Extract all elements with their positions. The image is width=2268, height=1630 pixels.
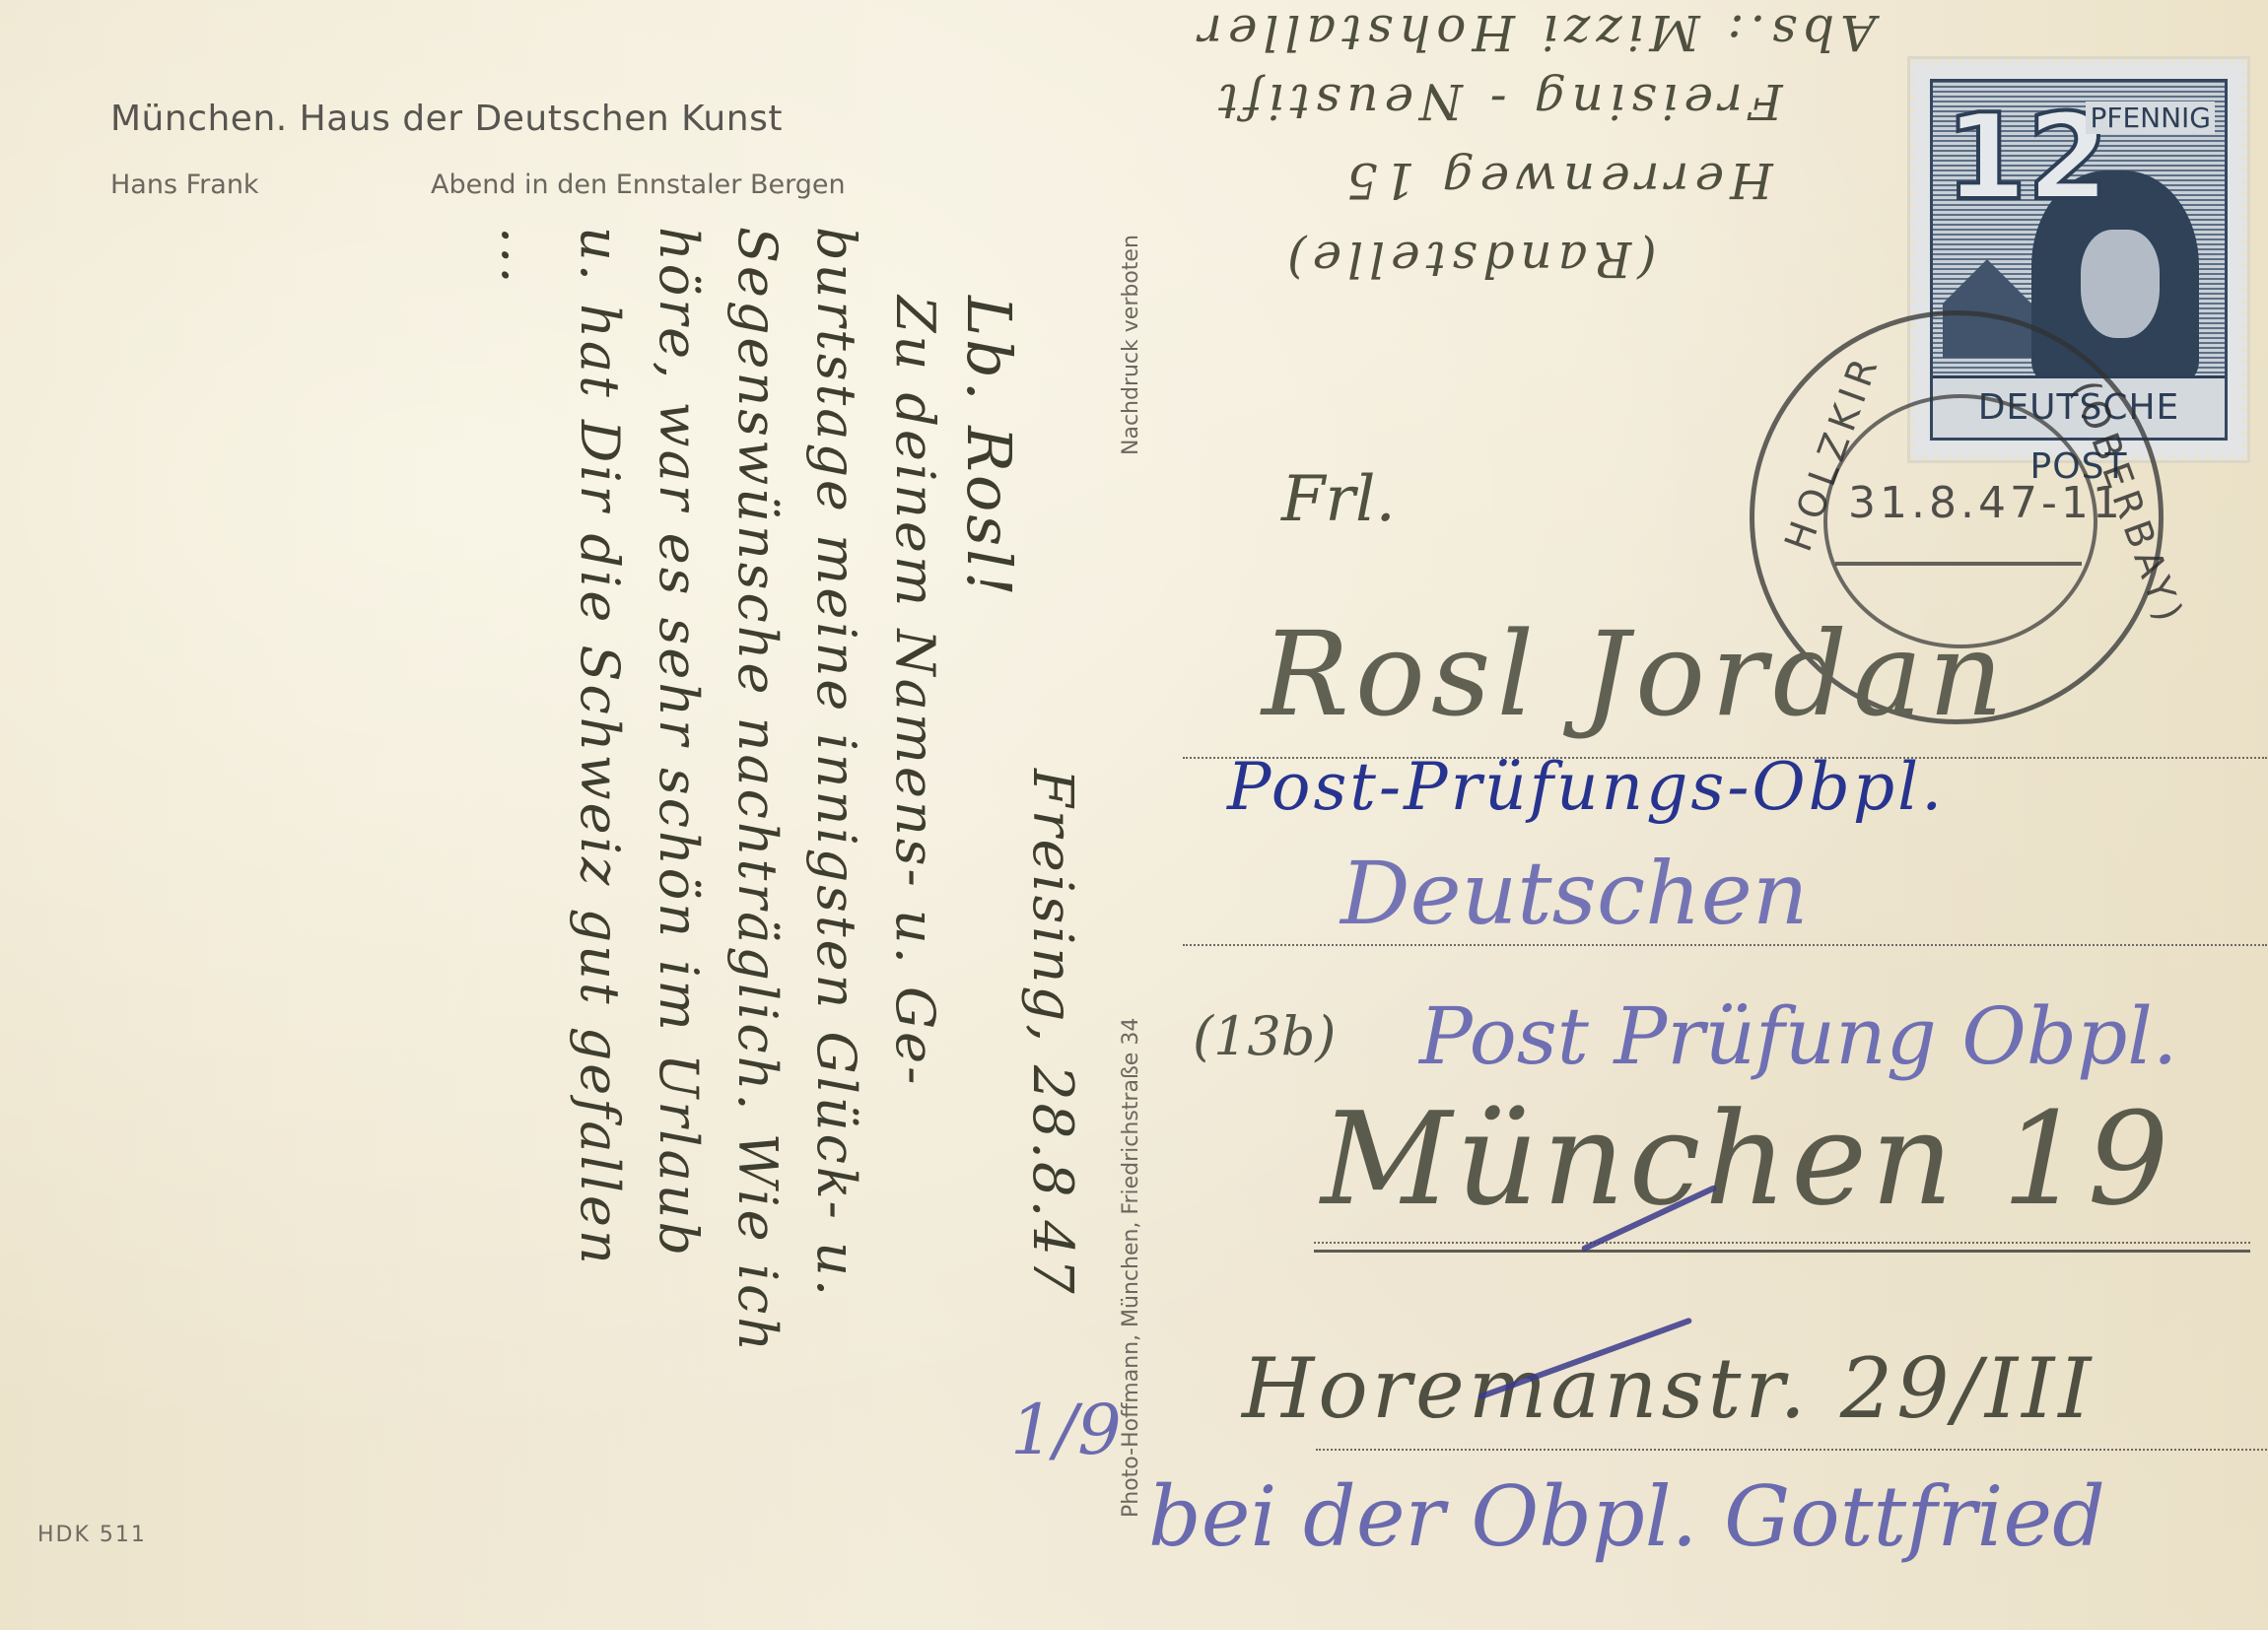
sender-line: Freising - Neustift: [1212, 73, 1783, 130]
postmark-date: 31.8.47-11: [1848, 478, 2124, 528]
censor-note-ink: Post-Prüfungs-Obpl.: [1227, 749, 1945, 825]
sender-line: (Randstelle): [1281, 231, 1657, 288]
recipient-street: Horemanstr. 29/III: [1242, 1340, 2095, 1437]
message-line: Segenswünsche nachträglich. Wie ich: [726, 227, 789, 1354]
postcard-back: München. Haus der Deutschen Kunst Hans F…: [0, 0, 2268, 1630]
place-date: Freising, 28.8.47: [1020, 769, 1084, 1297]
censor-note-pencil-2: Post Prüfung Obpl.: [1419, 990, 2177, 1082]
recipient-title: Frl.: [1281, 463, 1396, 536]
censor-note-pencil: Deutschen: [1340, 843, 1809, 944]
district-code: (13b): [1193, 1005, 1336, 1067]
forwarding-note: bei der Obpl. Gottfried: [1148, 1468, 2105, 1565]
message-line: burtstage meine innigsten Glück- u.: [805, 227, 867, 1299]
message-line: u. hat Dir die Schweiz gut gefallen: [569, 227, 631, 1267]
message-line: ...: [490, 227, 552, 287]
recipient-name: Rosl Jordan: [1262, 606, 2009, 742]
salutation: Lb. Rosl!: [953, 296, 1025, 599]
face-icon: [2081, 230, 2160, 338]
sender-line: Herrenweg 15: [1340, 152, 1773, 209]
sender-line: Abs.: Mizzi Hohstaller: [1193, 4, 1876, 61]
message-line: höre, war es sehr schön im Urlaub: [648, 227, 710, 1258]
stamp-denomination: PFENNIG: [2086, 102, 2215, 134]
publisher-imprint: Photo-Hoffmann, München, Friedrichstraße…: [1119, 1018, 1143, 1518]
message-area: Lb. Rosl! Freising, 28.8.47 Zu deinem Na…: [0, 0, 1114, 1630]
address-rule: [1183, 944, 2267, 946]
address-rule: [1314, 1242, 2250, 1244]
address-rule-solid: [1314, 1250, 2250, 1253]
annotation-1-9: 1/9: [1010, 1390, 1122, 1470]
stamp-value: 12: [1945, 100, 2109, 218]
message-line: Zu deinem Namens- u. Ge-: [884, 296, 946, 1087]
postmark-bar: [1835, 562, 2082, 566]
sender-block: (Randstelle) Herrenweg 15 Freising - Neu…: [1203, 12, 1873, 288]
address-rule: [1316, 1449, 2267, 1451]
reprint-notice: Nachdruck verboten: [1119, 235, 1143, 455]
recipient-city: München 19: [1321, 1084, 2173, 1234]
